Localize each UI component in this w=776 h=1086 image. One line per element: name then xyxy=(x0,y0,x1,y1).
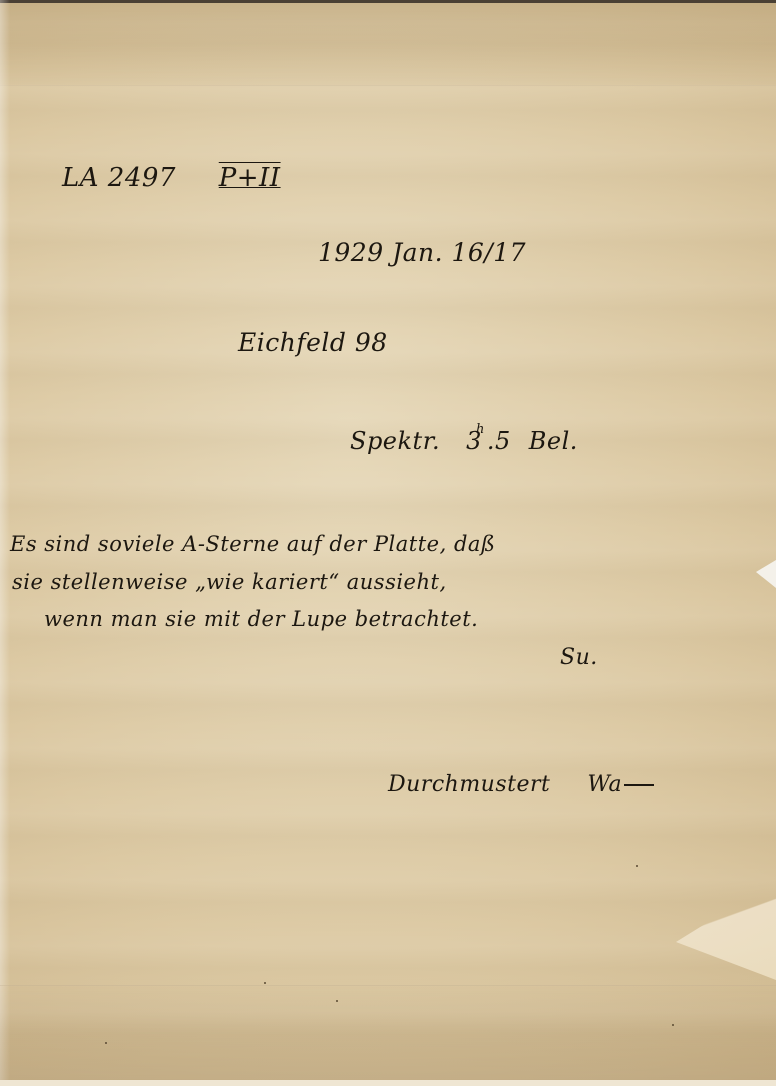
paper-bottom-edge xyxy=(0,1080,776,1086)
observation-date: 1929 Jan. 16/17 xyxy=(318,238,526,267)
checked-label: Durchmustert xyxy=(388,772,550,797)
spectrum-line: Spektr.3h.5Bel. xyxy=(350,427,578,455)
paper-speck xyxy=(264,982,266,984)
paper-speck xyxy=(672,1024,674,1026)
pen-stroke xyxy=(624,784,654,786)
plate-type: P+II xyxy=(219,163,281,193)
checked-initials: Wa xyxy=(587,772,622,797)
checked-by: Durchmustert Wa xyxy=(388,772,654,797)
instrument-label: Eichfeld 98 xyxy=(238,328,388,357)
paper-bottom-fold xyxy=(0,985,776,1086)
paper-speck xyxy=(336,1000,338,1002)
paper-top-fold xyxy=(0,3,776,86)
note-line-2: sie stellenweise „wie kariert“ aussieht, xyxy=(12,570,447,594)
note-line-1: Es sind soviele A-Sterne auf der Platte,… xyxy=(10,532,495,556)
plate-reference: LA 2497 P+II xyxy=(62,163,281,193)
exposure-quality: Bel. xyxy=(529,427,578,455)
scanned-document: LA 2497 P+II 1929 Jan. 16/17 Eichfeld 98… xyxy=(0,0,776,1086)
torn-corner-right xyxy=(756,560,776,588)
note-initials: Su. xyxy=(560,645,598,670)
exposure-hours-sup: h xyxy=(476,422,485,437)
catalog-number: LA 2497 xyxy=(62,163,176,193)
paper-left-edge xyxy=(0,0,10,1086)
paper-speck xyxy=(636,865,638,867)
paper-speck xyxy=(105,1042,107,1044)
note-line-3: wenn man sie mit der Lupe betrachtet. xyxy=(44,607,478,631)
spectrum-label: Spektr. xyxy=(350,427,440,455)
folded-flap-lower-right xyxy=(676,880,776,980)
exposure-minutes: 5 xyxy=(495,427,511,455)
